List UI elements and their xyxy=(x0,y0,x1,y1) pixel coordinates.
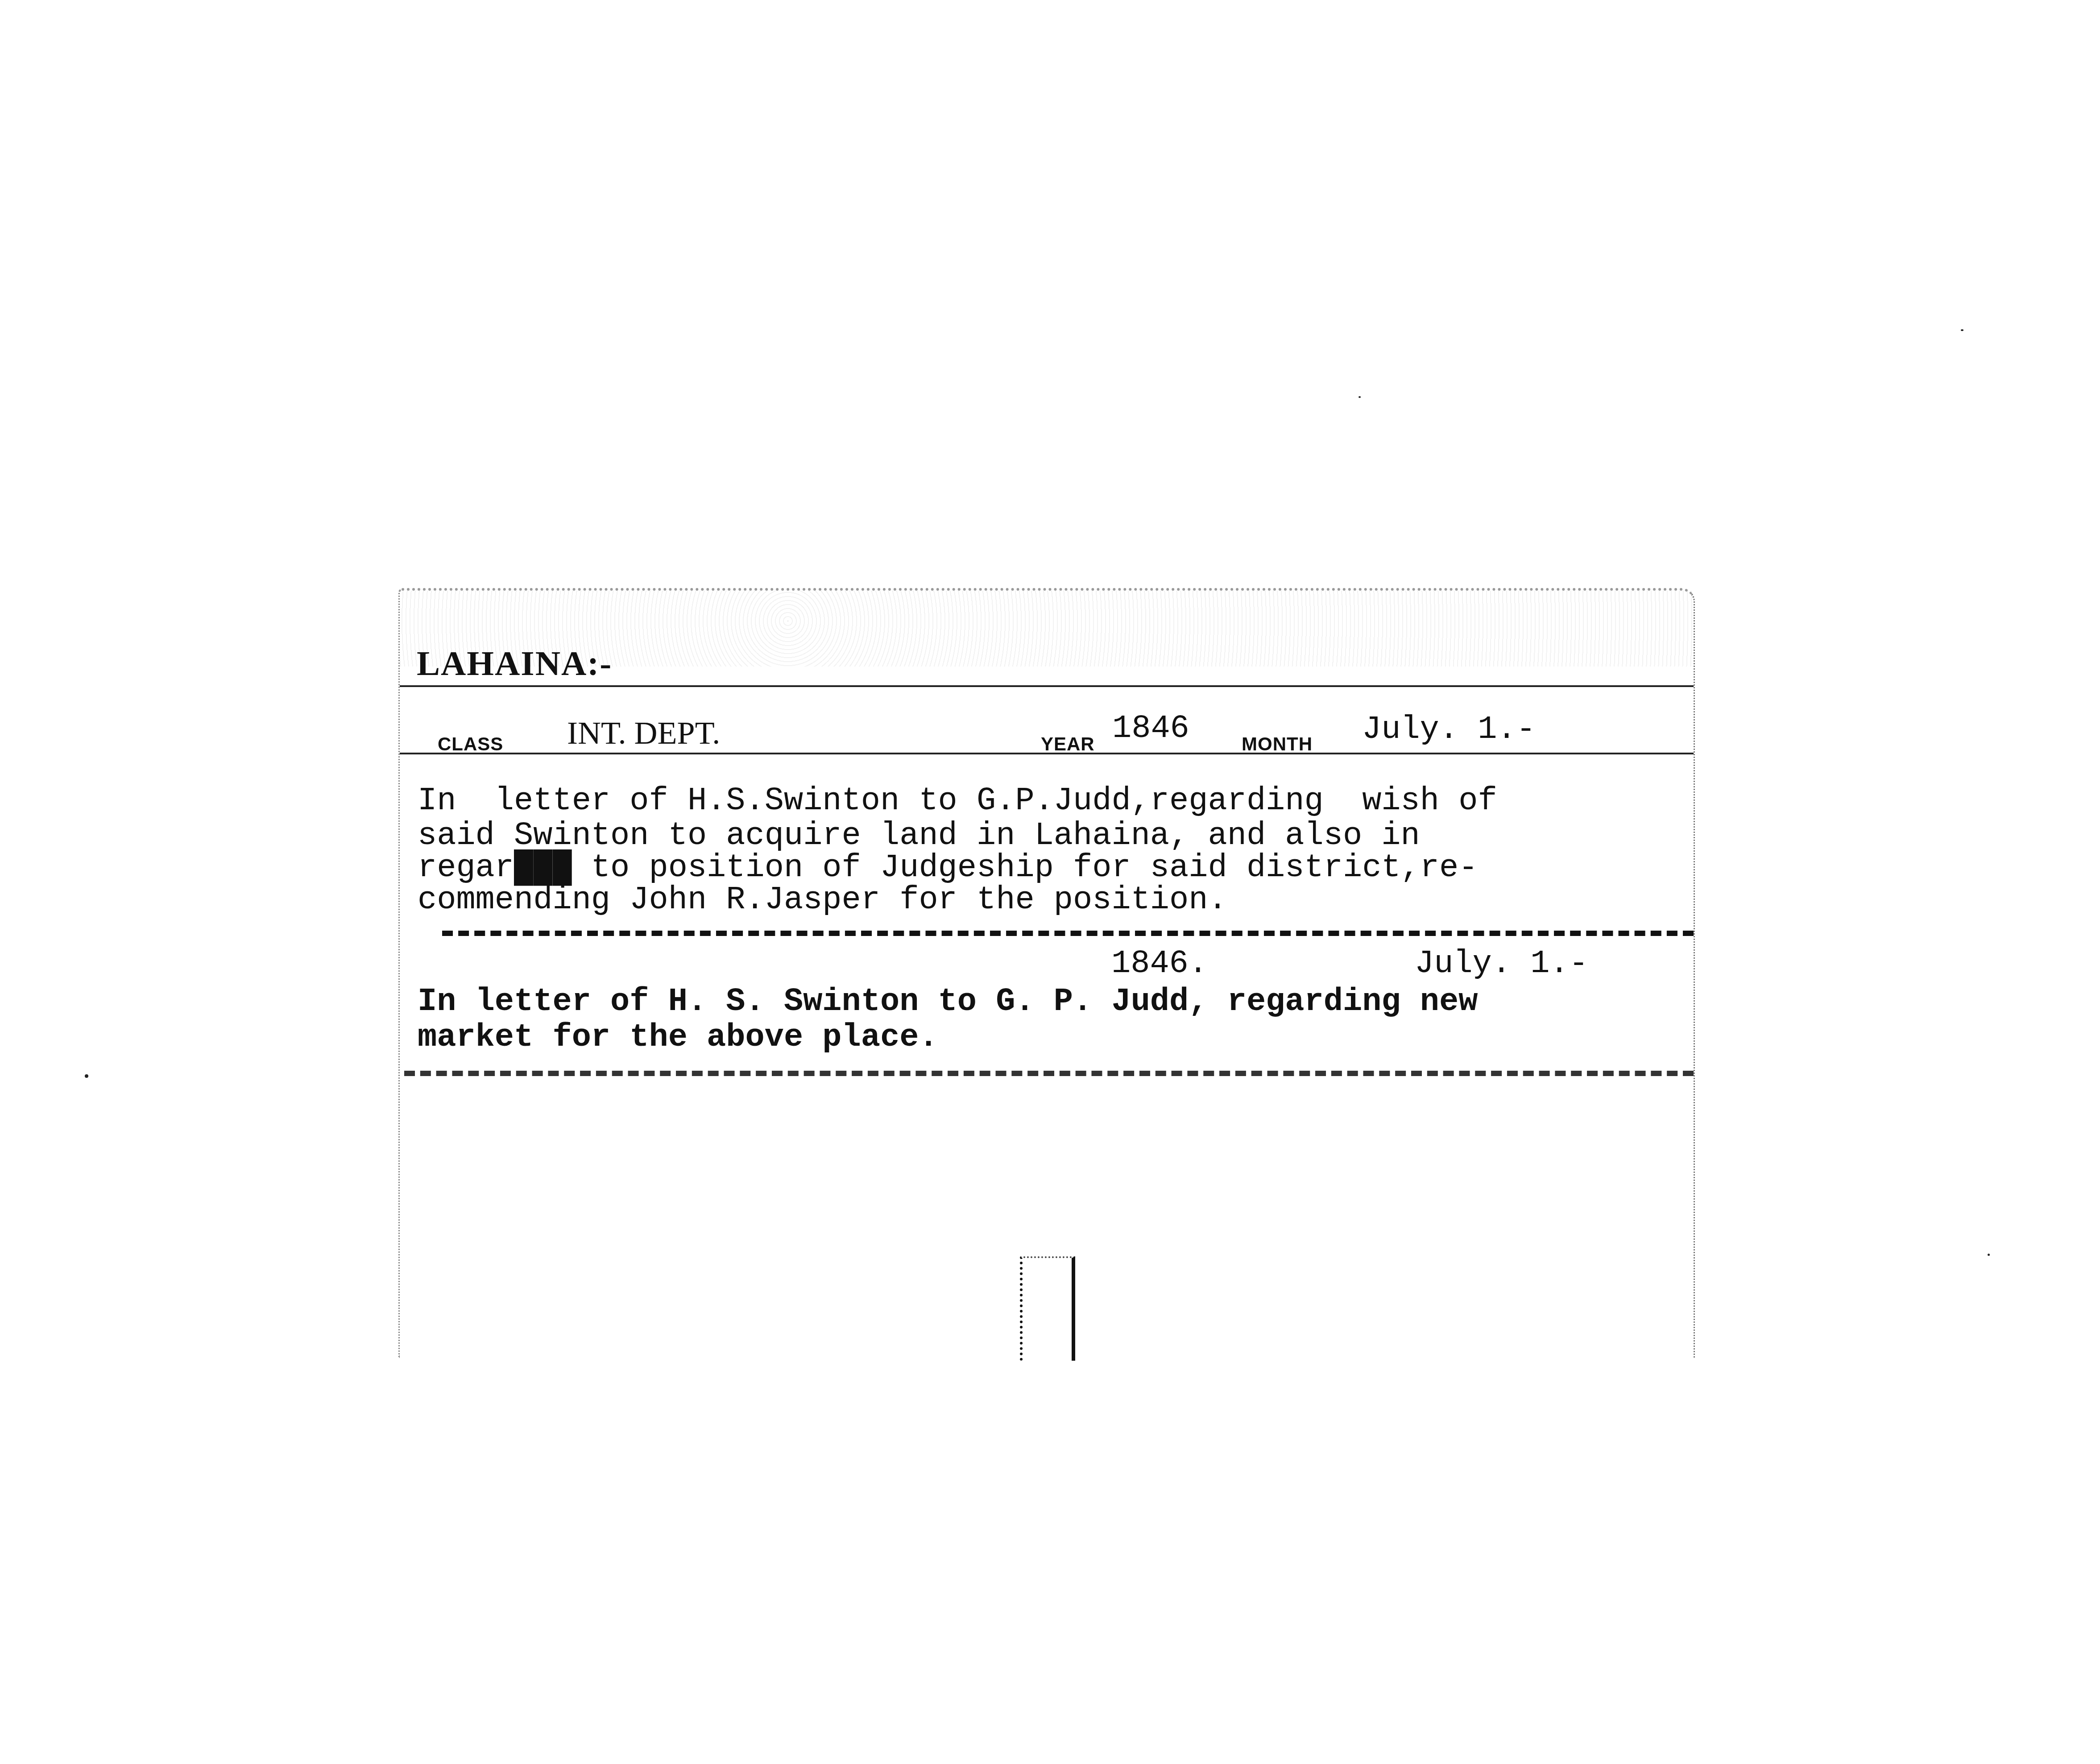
year-value: 1846 xyxy=(1112,710,1189,747)
entry-separator xyxy=(404,1071,1694,1076)
index-card: LAHAINA:- CLASS INT. DEPT. YEAR 1846 MON… xyxy=(398,588,1695,1358)
card-rod-slot xyxy=(1020,1256,1075,1361)
month-label: MONTH xyxy=(1242,733,1313,755)
entry-1-line-3: regar███ to position of Judgeship for sa… xyxy=(418,850,1478,885)
month-value: July. 1.- xyxy=(1362,711,1536,748)
entry-1-line-4: commending John R.Jasper for the positio… xyxy=(418,882,1227,917)
entry-2-line-1: In letter of H. S. Swinton to G. P. Judd… xyxy=(418,984,1478,1019)
year-label: YEAR xyxy=(1041,733,1095,755)
entry-2-line-2: market for the above place. xyxy=(418,1020,938,1055)
heading-rule xyxy=(400,685,1694,687)
class-row-rule xyxy=(400,753,1694,754)
entry-2-year: 1846. xyxy=(1111,945,1208,982)
scan-speck xyxy=(85,1074,88,1078)
scan-speck xyxy=(1988,1254,1990,1256)
card-heading: LAHAINA:- xyxy=(417,643,612,683)
scan-speck xyxy=(1359,396,1361,398)
scan-speck xyxy=(1961,329,1963,331)
class-label: CLASS xyxy=(438,733,503,755)
entry-1-line-2: said Swinton to acquire land in Lahaina,… xyxy=(418,818,1420,853)
entry-1-line-1: In letter of H.S.Swinton to G.P.Judd,reg… xyxy=(418,783,1497,818)
class-value: INT. DEPT. xyxy=(567,715,720,752)
entry-2-date: July. 1.- xyxy=(1415,945,1588,982)
entry-separator xyxy=(442,931,1694,936)
